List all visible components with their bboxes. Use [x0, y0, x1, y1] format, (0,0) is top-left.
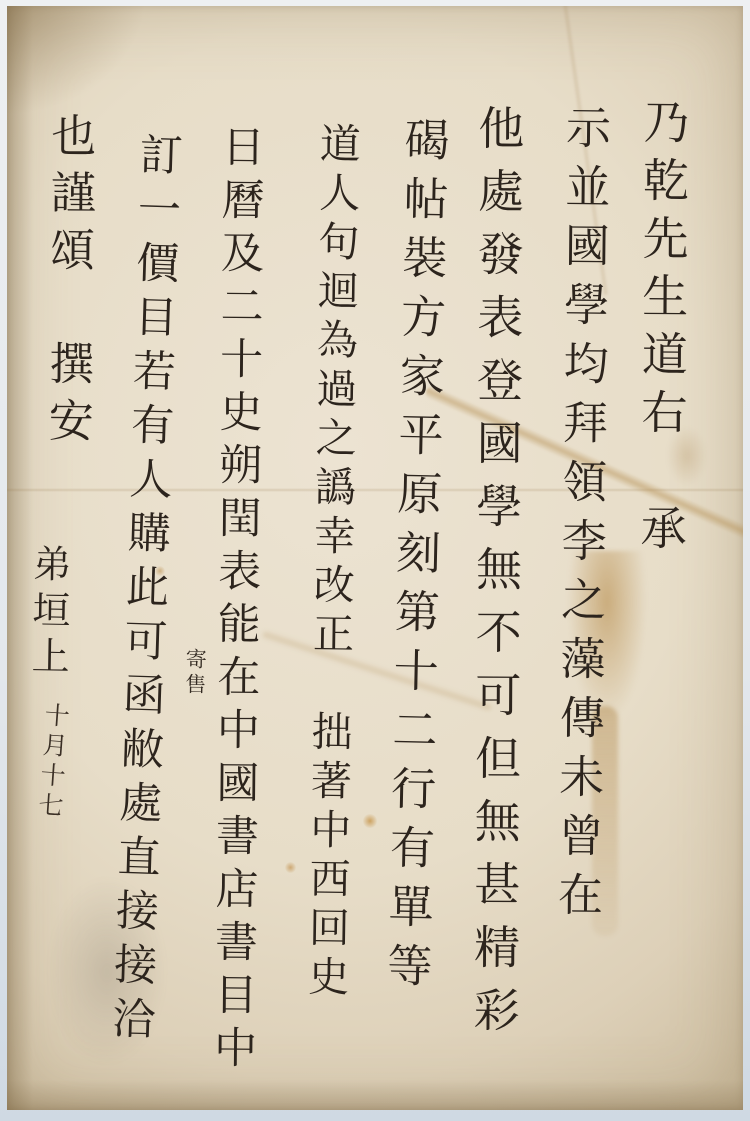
stain-corner-top-left	[7, 6, 147, 116]
letter-column-2: 示並國學均拜領李之藻傳未曾在	[554, 104, 608, 930]
letter-column-1-salutation: 乃乾先生道右 承	[637, 98, 686, 562]
letter-column-4: 碣帖裝方家平原刻第十二行有單等	[383, 116, 447, 1002]
stain-bottom-edge	[7, 1080, 743, 1110]
interlinear-note: 寄售	[184, 648, 206, 698]
scan-background: 乃乾先生道右 承 示並國學均拜領李之藻傳未曾在 他處發表登國學無不可但無甚精彩 …	[0, 0, 750, 1121]
fox-spot	[363, 814, 377, 828]
letter-paper: 乃乾先生道右 承 示並國學均拜領李之藻傳未曾在 他處發表登國學無不可但無甚精彩 …	[7, 6, 743, 1110]
signature: 弟垣上	[28, 544, 68, 683]
letter-column-8-closing: 也謹頌 撰安	[45, 112, 93, 454]
letter-column-7: 訂一價目若有人購此可函敝處直接接洽	[108, 132, 180, 1051]
diagonal-crease-lower	[261, 629, 492, 713]
date-text: 十月十七	[36, 701, 69, 822]
horizontal-fold-line	[7, 488, 743, 492]
letter-column-5: 道人句迴為過之譌幸改正 拙著中西回史	[304, 122, 357, 1004]
fox-spot	[285, 862, 296, 873]
letter-column-3: 他處發表登國學無不可但無甚精彩	[471, 104, 522, 1049]
letter-column-6: 日曆及二十史朔閏表能在中國書店書目中	[210, 124, 261, 1078]
